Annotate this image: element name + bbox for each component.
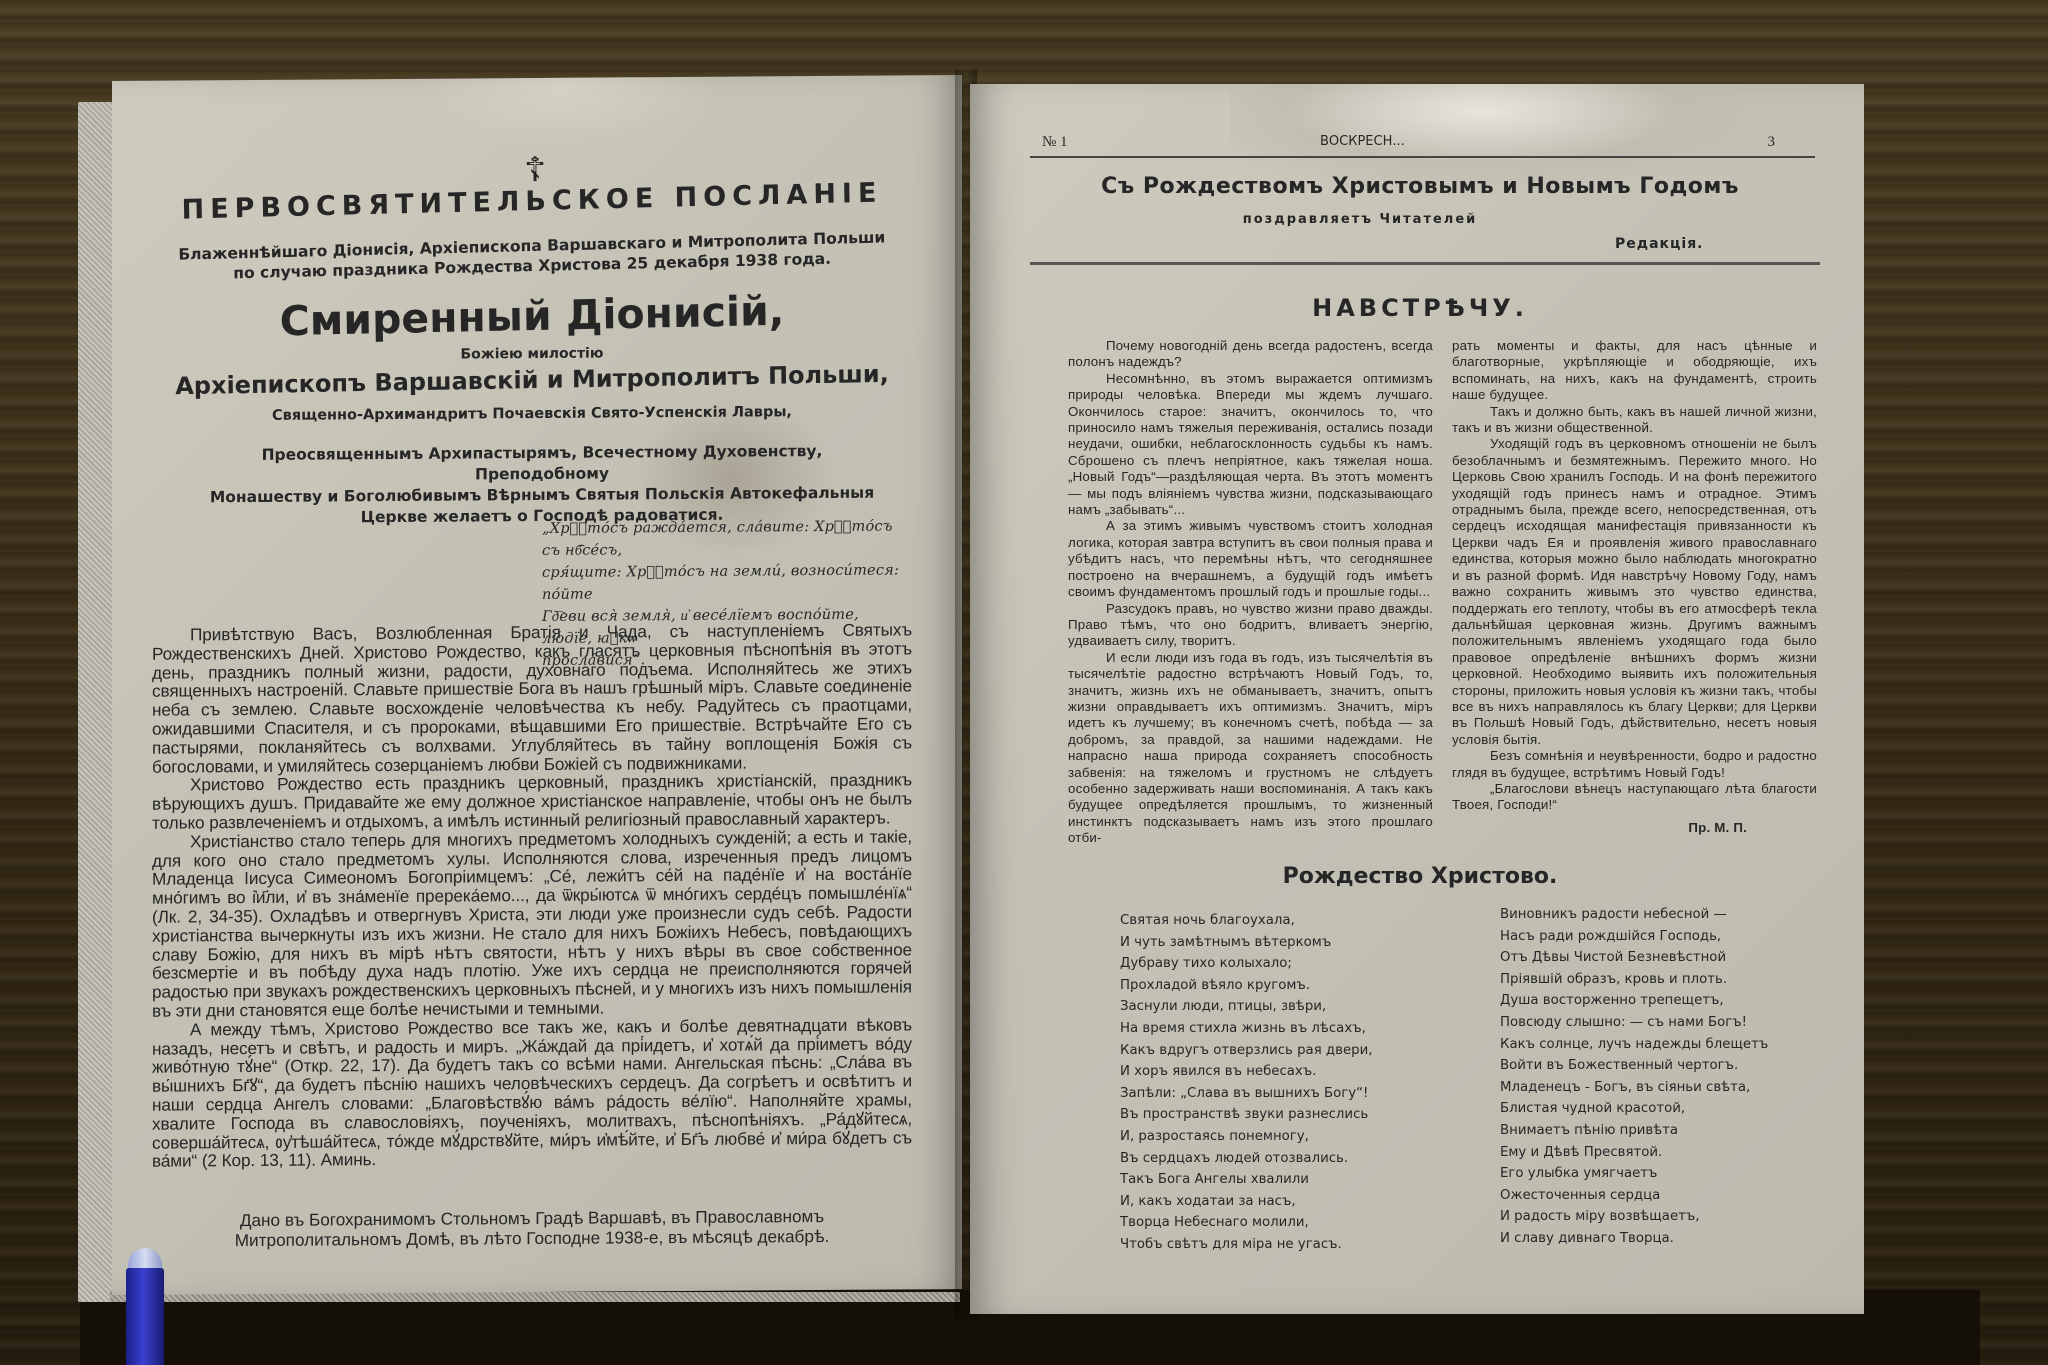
book-cover-spine xyxy=(78,102,114,1302)
poem-line: Дубраву тихо колыхало; xyxy=(1120,953,1372,975)
paragraph: И если люди изъ года въ годъ, изъ тысяче… xyxy=(1068,650,1433,847)
poem-line: И хоръ явился въ небесахъ. xyxy=(1120,1061,1372,1083)
paragraph: Такъ и должно быть, какъ въ нашей личной… xyxy=(1452,404,1817,437)
poem-column-1: Святая ночь благоухала,И чуть замѣтнымъ … xyxy=(1120,910,1372,1256)
poem-line: И радость міру возвѣщаетъ, xyxy=(1500,1206,1768,1228)
paragraph: Несомнѣнно, въ этомъ выражается оптимизм… xyxy=(1068,371,1433,519)
left-page: ☦ ПЕРВОСВЯТИТЕЛЬСКОЕ ПОСЛАНІЕ Блаженнѣйш… xyxy=(112,75,962,1295)
epistle-subtitle: Блаженнѣйшаго Діонисія, Архіепископа Вар… xyxy=(172,227,893,285)
paragraph: рать моменты и факты, для насъ цѣнные и … xyxy=(1452,338,1817,404)
poem-line: Душа восторженно трепещетъ, xyxy=(1500,990,1768,1012)
author-name: Смиренный Діонисій, xyxy=(172,285,893,348)
right-page: № 1 ВОСКРЕСН... 3 Съ Рождествомъ Христов… xyxy=(970,84,1864,1314)
poem-line: Ожесточенныя сердца xyxy=(1500,1185,1768,1207)
paragraph: Уходящій годъ въ церковномъ отношеніи не… xyxy=(1452,436,1817,748)
paragraph: Разсудокъ правъ, но чувство жизни право … xyxy=(1068,601,1433,650)
torn-paper-area xyxy=(412,77,712,149)
paragraph: Привѣтствую Васъ, Возлюбленная Братія и … xyxy=(152,620,912,776)
poem-line: И славу дивнаго Творца. xyxy=(1500,1228,1768,1250)
poem-line: Войти въ Божественный чертогъ. xyxy=(1500,1055,1768,1077)
poem-line: Отъ Дѣвы Чистой Безневѣстной xyxy=(1500,947,1768,969)
poem-line: Въ сердцахъ людей отозвались. xyxy=(1120,1148,1372,1170)
article-column-2: рать моменты и факты, для насъ цѣнные и … xyxy=(1452,338,1817,836)
paragraph: Безъ сомнѣнія и неувѣренности, бодро и р… xyxy=(1452,748,1817,781)
poem-line: Ему и Дѣвѣ Пресвятой. xyxy=(1500,1142,1768,1164)
author-title: Архіепископъ Варшавскій и Митрополитъ По… xyxy=(172,360,892,401)
paragraph: А за этимъ живымъ чувствомъ стоитъ холод… xyxy=(1068,518,1433,600)
blue-pen xyxy=(126,1268,164,1365)
poem-line: Внимаетъ пѣнію привѣта xyxy=(1500,1120,1768,1142)
poem-line: И, какъ ходатаи за насъ, xyxy=(1120,1191,1372,1213)
poem-line: Его улыбка умягчаетъ xyxy=(1500,1163,1768,1185)
greeting-signature: Редакція. xyxy=(1615,236,1704,252)
signoff-line: Митрополитальномъ Домѣ, въ лѣто Господне… xyxy=(152,1225,912,1250)
poem-title: Рождество Христово. xyxy=(1010,864,1830,889)
poem-line: Заснули люди, птицы, звѣри, xyxy=(1120,996,1372,1018)
running-head: № 1 ВОСКРЕСН... 3 xyxy=(1030,132,1815,158)
article-author: Пр. М. П. xyxy=(1452,820,1817,836)
poem-line: Запѣли: „Слава въ вышнихъ Богу“! xyxy=(1120,1083,1372,1105)
epistle-body: Привѣтствую Васъ, Возлюбленная Братія и … xyxy=(152,620,912,1170)
poem-line: Творца Небеснаго молили, xyxy=(1120,1212,1372,1234)
poem-line: Блистая чудной красотой, xyxy=(1500,1098,1768,1120)
poem-line: Такъ Бога Ангелы хвалили xyxy=(1120,1169,1372,1191)
article-title: НАВСТРѢЧУ. xyxy=(1010,294,1830,322)
poem-line: Младенецъ - Богъ, въ сіяньи свѣта, xyxy=(1500,1077,1768,1099)
poem-line: Пріявшій образъ, кровь и плоть. xyxy=(1500,969,1768,991)
signoff: Дано въ Богохранимомъ Стольномъ Градѣ Ва… xyxy=(152,1205,912,1250)
poem-line: На время стихла жизнь въ лѣсахъ, xyxy=(1120,1018,1372,1040)
poem-column-2: Виновникъ радости небесной —Насъ ради ро… xyxy=(1500,904,1768,1250)
poem-line: Какъ солнце, лучъ надежды блещетъ xyxy=(1500,1034,1768,1056)
poem-line: Прохладой вѣяло кругомъ. xyxy=(1120,975,1372,997)
greeting-title: Съ Рождествомъ Христовымъ и Новымъ Годом… xyxy=(1010,174,1830,199)
poem-line: Чтобъ свѣтъ для міра не угасъ. xyxy=(1120,1234,1372,1256)
periodical-title: ВОСКРЕСН... xyxy=(1320,134,1405,149)
poem-line: Виновникъ радости небесной — xyxy=(1500,904,1768,926)
greeting-subtitle: поздравляетъ Читателей xyxy=(1010,212,1710,227)
page-number: 3 xyxy=(1768,134,1776,151)
orthodox-cross-icon: ☦ xyxy=(524,150,546,190)
divider-rule xyxy=(1030,262,1820,265)
address-line: Преосвященнымъ Архипастырямъ, Всечестном… xyxy=(197,441,887,488)
poem-line: Повсюду слышно: — съ нами Богъ! xyxy=(1500,1012,1768,1034)
paragraph: Христіанство стало теперь для многихъ пр… xyxy=(152,827,912,1020)
paragraph: Христово Рождество есть праздникъ церков… xyxy=(152,771,912,833)
issue-number: № 1 xyxy=(1042,134,1068,151)
paragraph: Почему новогодній день всегда радостенъ,… xyxy=(1068,338,1433,371)
quote-line: сря́щите: Хрⷭ҇то́съ на земли́, возноси́т… xyxy=(542,559,912,606)
poem-line: И чуть замѣтнымъ вѣтеркомъ xyxy=(1120,932,1372,954)
poem-line: Святая ночь благоухала, xyxy=(1120,910,1372,932)
article-column-1: Почему новогодній день всегда радостенъ,… xyxy=(1068,338,1433,847)
poem-line: Какъ вдругъ отверзлись рая двери, xyxy=(1120,1040,1372,1062)
paragraph: „Благослови вѣнецъ наступающаго лѣта бла… xyxy=(1452,781,1817,814)
poem-line: Въ пространствѣ звуки разнеслись xyxy=(1120,1104,1372,1126)
paragraph: А между тѣмъ, Христово Рождество все так… xyxy=(152,1015,912,1171)
quote-line: „Хрⷭ҇то́съ ражда́ется, сла́вите: Хрⷭ҇то́… xyxy=(542,515,912,562)
poem-line: Насъ ради рождшійся Господь, xyxy=(1500,926,1768,948)
poem-line: И, разростаясь понемногу, xyxy=(1120,1126,1372,1148)
